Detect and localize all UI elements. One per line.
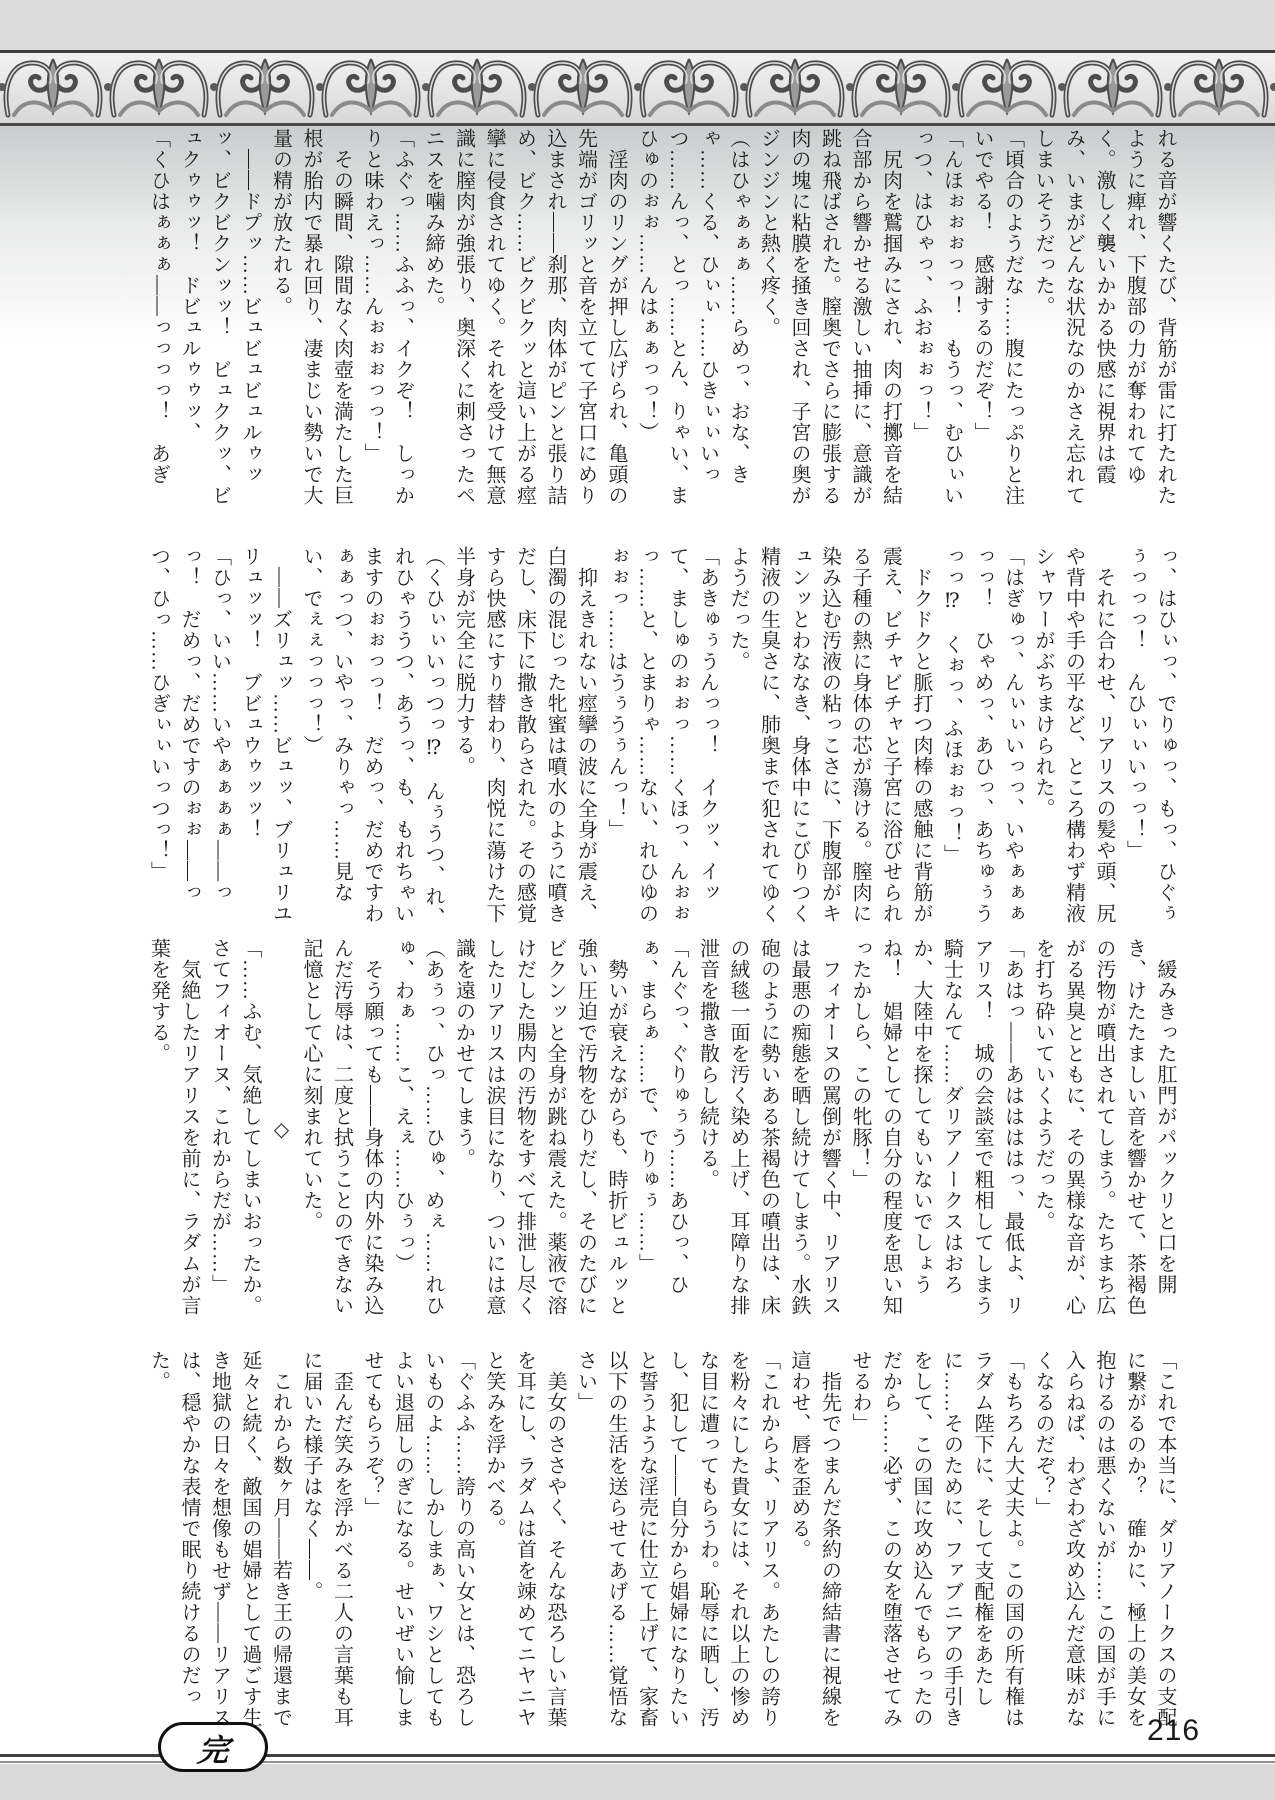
dialogue-paragraph: 「んぐっ、ぐりゅぅう……あひっ、ひぁ、まらぁ……で、でりゅぅ……」 xyxy=(631,938,692,1320)
text-band-3: 緩みきった肛門がパックリと口を開き、けたたましい音を響かせて、茶褐色の汚物が噴出… xyxy=(80,938,1180,1320)
thought-paragraph: （はひゃぁぁぁ……らめっ、おな、きゃ……くる、ひぃぃ……ひきぃぃいっつ……んっ、… xyxy=(631,128,753,510)
text-band-2: っ、はひぃっ、でりゅっ、もっ、ひぐぅぅっっっ！ んひぃぃいっっ！」 それに合わせ… xyxy=(80,546,1180,928)
paragraph: フィオーヌの罵倒が響く中、リアリスは最悪の痴態を晒し続けてしまう。水鉄砲のように… xyxy=(692,938,845,1320)
dialogue-paragraph: 「ふぐっ……ふふっ、イクぞ！ しっかりと味わえっ……んぉぉぉっっ！」 xyxy=(357,128,418,510)
section-divider-icon: ◇ xyxy=(265,938,296,1320)
dialogue-paragraph: 「あはっ――あははははっ、最低よ、リアリス！ 城の会談室で粗相してしまう騎士なん… xyxy=(845,938,1028,1320)
paragraph: 歪んだ笑みを浮かべる二人の言葉も耳に届いた様子はなく――。 xyxy=(296,1350,357,1732)
dialogue-paragraph: 「これからよ、リアリス。あたしの誇りを粉々にした貴女には、それ以上の惨めな目に遭… xyxy=(570,1350,784,1732)
dialogue-paragraph: 「あきゅぅうんっっ！ イクッ、イッて、ましゅのぉぉっ……くほっ、んぉぉっ……と、… xyxy=(601,546,723,928)
paragraph: ドクドクと脈打つ肉棒の感触に背筋が震え、ビチャビチャと子宮に浴びせられる子種の熱… xyxy=(723,546,937,928)
paragraph: 気絶したリアリスを前に、ラダムが言葉を発する。 xyxy=(143,938,204,1320)
end-mark-capsule: 完 xyxy=(158,1722,268,1772)
filigree-pattern-icon xyxy=(0,53,1275,123)
dialogue-paragraph: 「くひはぁぁぁ――っっっっ！ あぎ xyxy=(143,128,174,510)
dialogue-paragraph: 「ぐふふ……誇りの高い女とは、恐ろしいものよ……しかしまぁ、ワシとしてもよい退屈… xyxy=(357,1350,479,1732)
paragraph: 勢いが衰えながらも、時折ビュルッと強い圧迫で汚物をひりだし、そのたびにビクンッと… xyxy=(448,938,631,1320)
thought-paragraph: （くひぃぃいっつっ⁉ んぅうつ、れ、れひゃううつ、あうっ、も、もれちゃいますのぉ… xyxy=(296,546,449,928)
paragraph: ――ズリュッ……ビュッ、ブリュリユリュッッ！ ブビュウゥッッ！ xyxy=(235,546,296,928)
paragraph: 抑えきれない痙攣の波に全身が震え、白濁の混じった牝蜜は噴水のように噴きだし、床下… xyxy=(448,546,601,928)
paragraph: その瞬間、隙間なく肉壺を満たした巨根が胎内で暴れ回り、凄まじい勢いで大量の精が放… xyxy=(265,128,357,510)
end-mark-label: 完 xyxy=(195,1725,231,1770)
paragraph: ――ドプッ……ビュビュビュルゥッッ、ビクビクンッッ！ ビュククッ、ビュクゥゥッ！… xyxy=(174,128,266,510)
top-page-margin xyxy=(0,0,1275,50)
dialogue-paragraph: 「はぎゅっ、んぃぃいっっ、いやぁぁぁっっ！ ひゃめっ、あひっ、あちゅぅうっっ⁉ … xyxy=(936,546,1028,928)
paragraph: そう願っても――身体の内外に染み込んだ汚辱は、二度と拭うことのできない記憶として… xyxy=(296,938,388,1320)
dialogue-paragraph: 「……ふむ、気絶してしまいおったか。さてフィオーヌ、これからだが……」 xyxy=(204,938,265,1320)
dialogue-paragraph: 「これで本当に、ダリアノークスの支配に繋がるのか？ 確かに、極上の美女を抱けるの… xyxy=(1028,1350,1181,1732)
book-page: れる音が響くたび、背筋が雷に打たれたように痺れ、下腹部の力が奪われてゆく。激しく… xyxy=(0,0,1275,1800)
paragraph: これから数ヶ月――若き王の帰還まで延々と続く、敵国の娼婦として過ごす生き地獄の日… xyxy=(143,1350,296,1732)
text-band-1: れる音が響くたび、背筋が雷に打たれたように痺れ、下腹部の力が奪われてゆく。激しく… xyxy=(80,128,1180,510)
paragraph: 尻肉を鷲掴みにされ、肉の打擲音を結合部から響かせる激しい抽挿に、意識が跳ね飛ばさ… xyxy=(753,128,906,510)
ornament-border xyxy=(0,53,1275,123)
page-number: 216 xyxy=(1147,1714,1200,1748)
paragraph: それに合わせ、リアリスの髪や頭、尻や背中や手の平など、ところ構わず精液シャワーが… xyxy=(1028,546,1120,928)
paragraph: 指先でつまんだ条約の締結書に視線を這わせ、唇を歪める。 xyxy=(784,1350,845,1732)
dialogue-paragraph: っ、はひぃっ、でりゅっ、もっ、ひぐぅぅっっっ！ んひぃぃいっっ！」 xyxy=(1119,546,1180,928)
paragraph: 美女のささやく、そんな恐ろしい言葉を耳にし、ラダムは首を竦めてニヤニヤと笑みを浮… xyxy=(479,1350,571,1732)
dialogue-paragraph: 「ひっ、いい……いやぁぁぁぁ――っっ！ だめっ、だめですのぉぉ――っつ、ひっ……… xyxy=(143,546,235,928)
dialogue-paragraph: 「もちろん大丈夫よ。この国の所有権はラダム陛下に、そして支配権をあたしに……その… xyxy=(845,1350,1028,1732)
paragraph: 緩みきった肛門がパックリと口を開き、けたたましい音を響かせて、茶褐色の汚物が噴出… xyxy=(1028,938,1181,1320)
text-band-4: 「これで本当に、ダリアノークスの支配に繋がるのか？ 確かに、極上の美女を抱けるの… xyxy=(80,1350,1180,1732)
dialogue-paragraph: 「んほぉぉぉっっ！ もうっ、むひぃいっつ、はひゃっ、ふおぉぉっ！」 xyxy=(906,128,967,510)
paragraph: 淫肉のリングが押し広げられ、亀頭の先端がゴリッと音を立てて子宮口にめり込まされ―… xyxy=(418,128,632,510)
paragraph: れる音が響くたび、背筋が雷に打たれたように痺れ、下腹部の力が奪われてゆく。激しく… xyxy=(1028,128,1181,510)
dialogue-paragraph: 「頃合のようだな……腹にたっぷりと注いでやる！ 感謝するのだぞ！」 xyxy=(967,128,1028,510)
thought-paragraph: （あぅっ、ひっ……ひゅ、めぇ……れひゅ、わぁ……こ、えぇ……ひぅっ） xyxy=(387,938,448,1320)
